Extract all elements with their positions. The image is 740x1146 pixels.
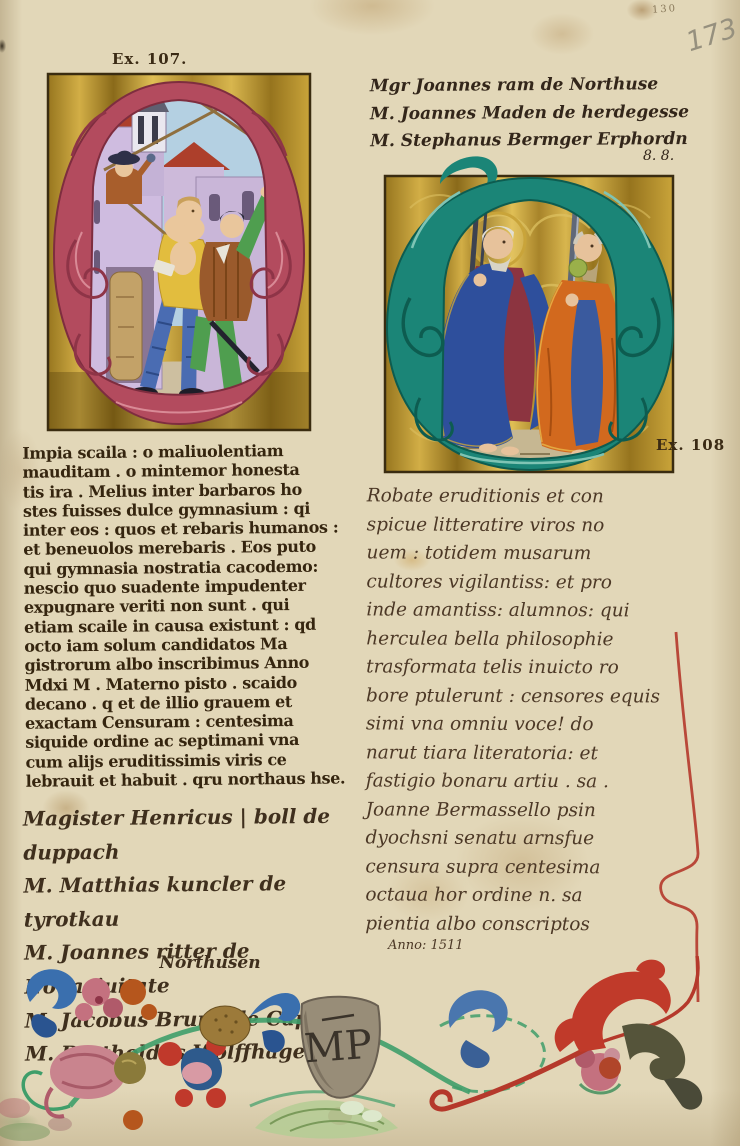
gothic-text-line: etiam scaile in causa existunt : qd — [24, 614, 366, 637]
folio-number-pencil: 173 — [682, 13, 740, 58]
bottom-border-decoration: MP — [0, 956, 740, 1146]
magister-name-line: Magister Henricus | boll de duppach — [23, 799, 384, 869]
year-line: Anno: 1511 — [388, 938, 464, 953]
magister-name-line: M. Matthias kuncler de tyrotkau — [23, 867, 384, 937]
manuscript-page: 130 173 Ex. 107. — [0, 0, 740, 1146]
green-mound — [255, 1100, 398, 1138]
right-acanthus-spray — [432, 956, 702, 1110]
right-header-names: Mgr Joannes ram de NorthuseM. Joannes Ma… — [370, 71, 723, 156]
header-name-line: Mgr Joannes ram de Northuse — [370, 71, 722, 101]
caption-ex-108: Ex. 108 — [656, 436, 725, 454]
initial-o-miniature — [46, 72, 312, 432]
initial-r-miniature — [380, 148, 686, 478]
gothic-text-line: qui gymnasia nostratia cacodemo: — [23, 556, 365, 579]
header-name-line: M. Joannes Maden de herdegesse — [370, 98, 722, 128]
folio-number-ink: 130 — [652, 3, 678, 16]
caption-ex-107: Ex. 107. — [112, 50, 187, 68]
cursive-text-line: Robate eruditionis et con — [367, 482, 699, 512]
left-text-block: Impia scaila : o maliuolentiammauditam .… — [22, 440, 368, 791]
gothic-text-line: lebrauit et habuit . qru northaus hse. — [26, 768, 368, 791]
center-flower-cluster — [158, 993, 300, 1108]
shield-monogram: MP — [303, 1022, 374, 1073]
cursive-text-line: spicue litteratire viros no — [367, 511, 699, 541]
cursive-text-line: uem : totidem musarum — [366, 539, 698, 569]
red-flourish-line — [640, 598, 730, 1002]
cursive-text-line: cultores vigilantiss: et pro — [366, 568, 698, 598]
